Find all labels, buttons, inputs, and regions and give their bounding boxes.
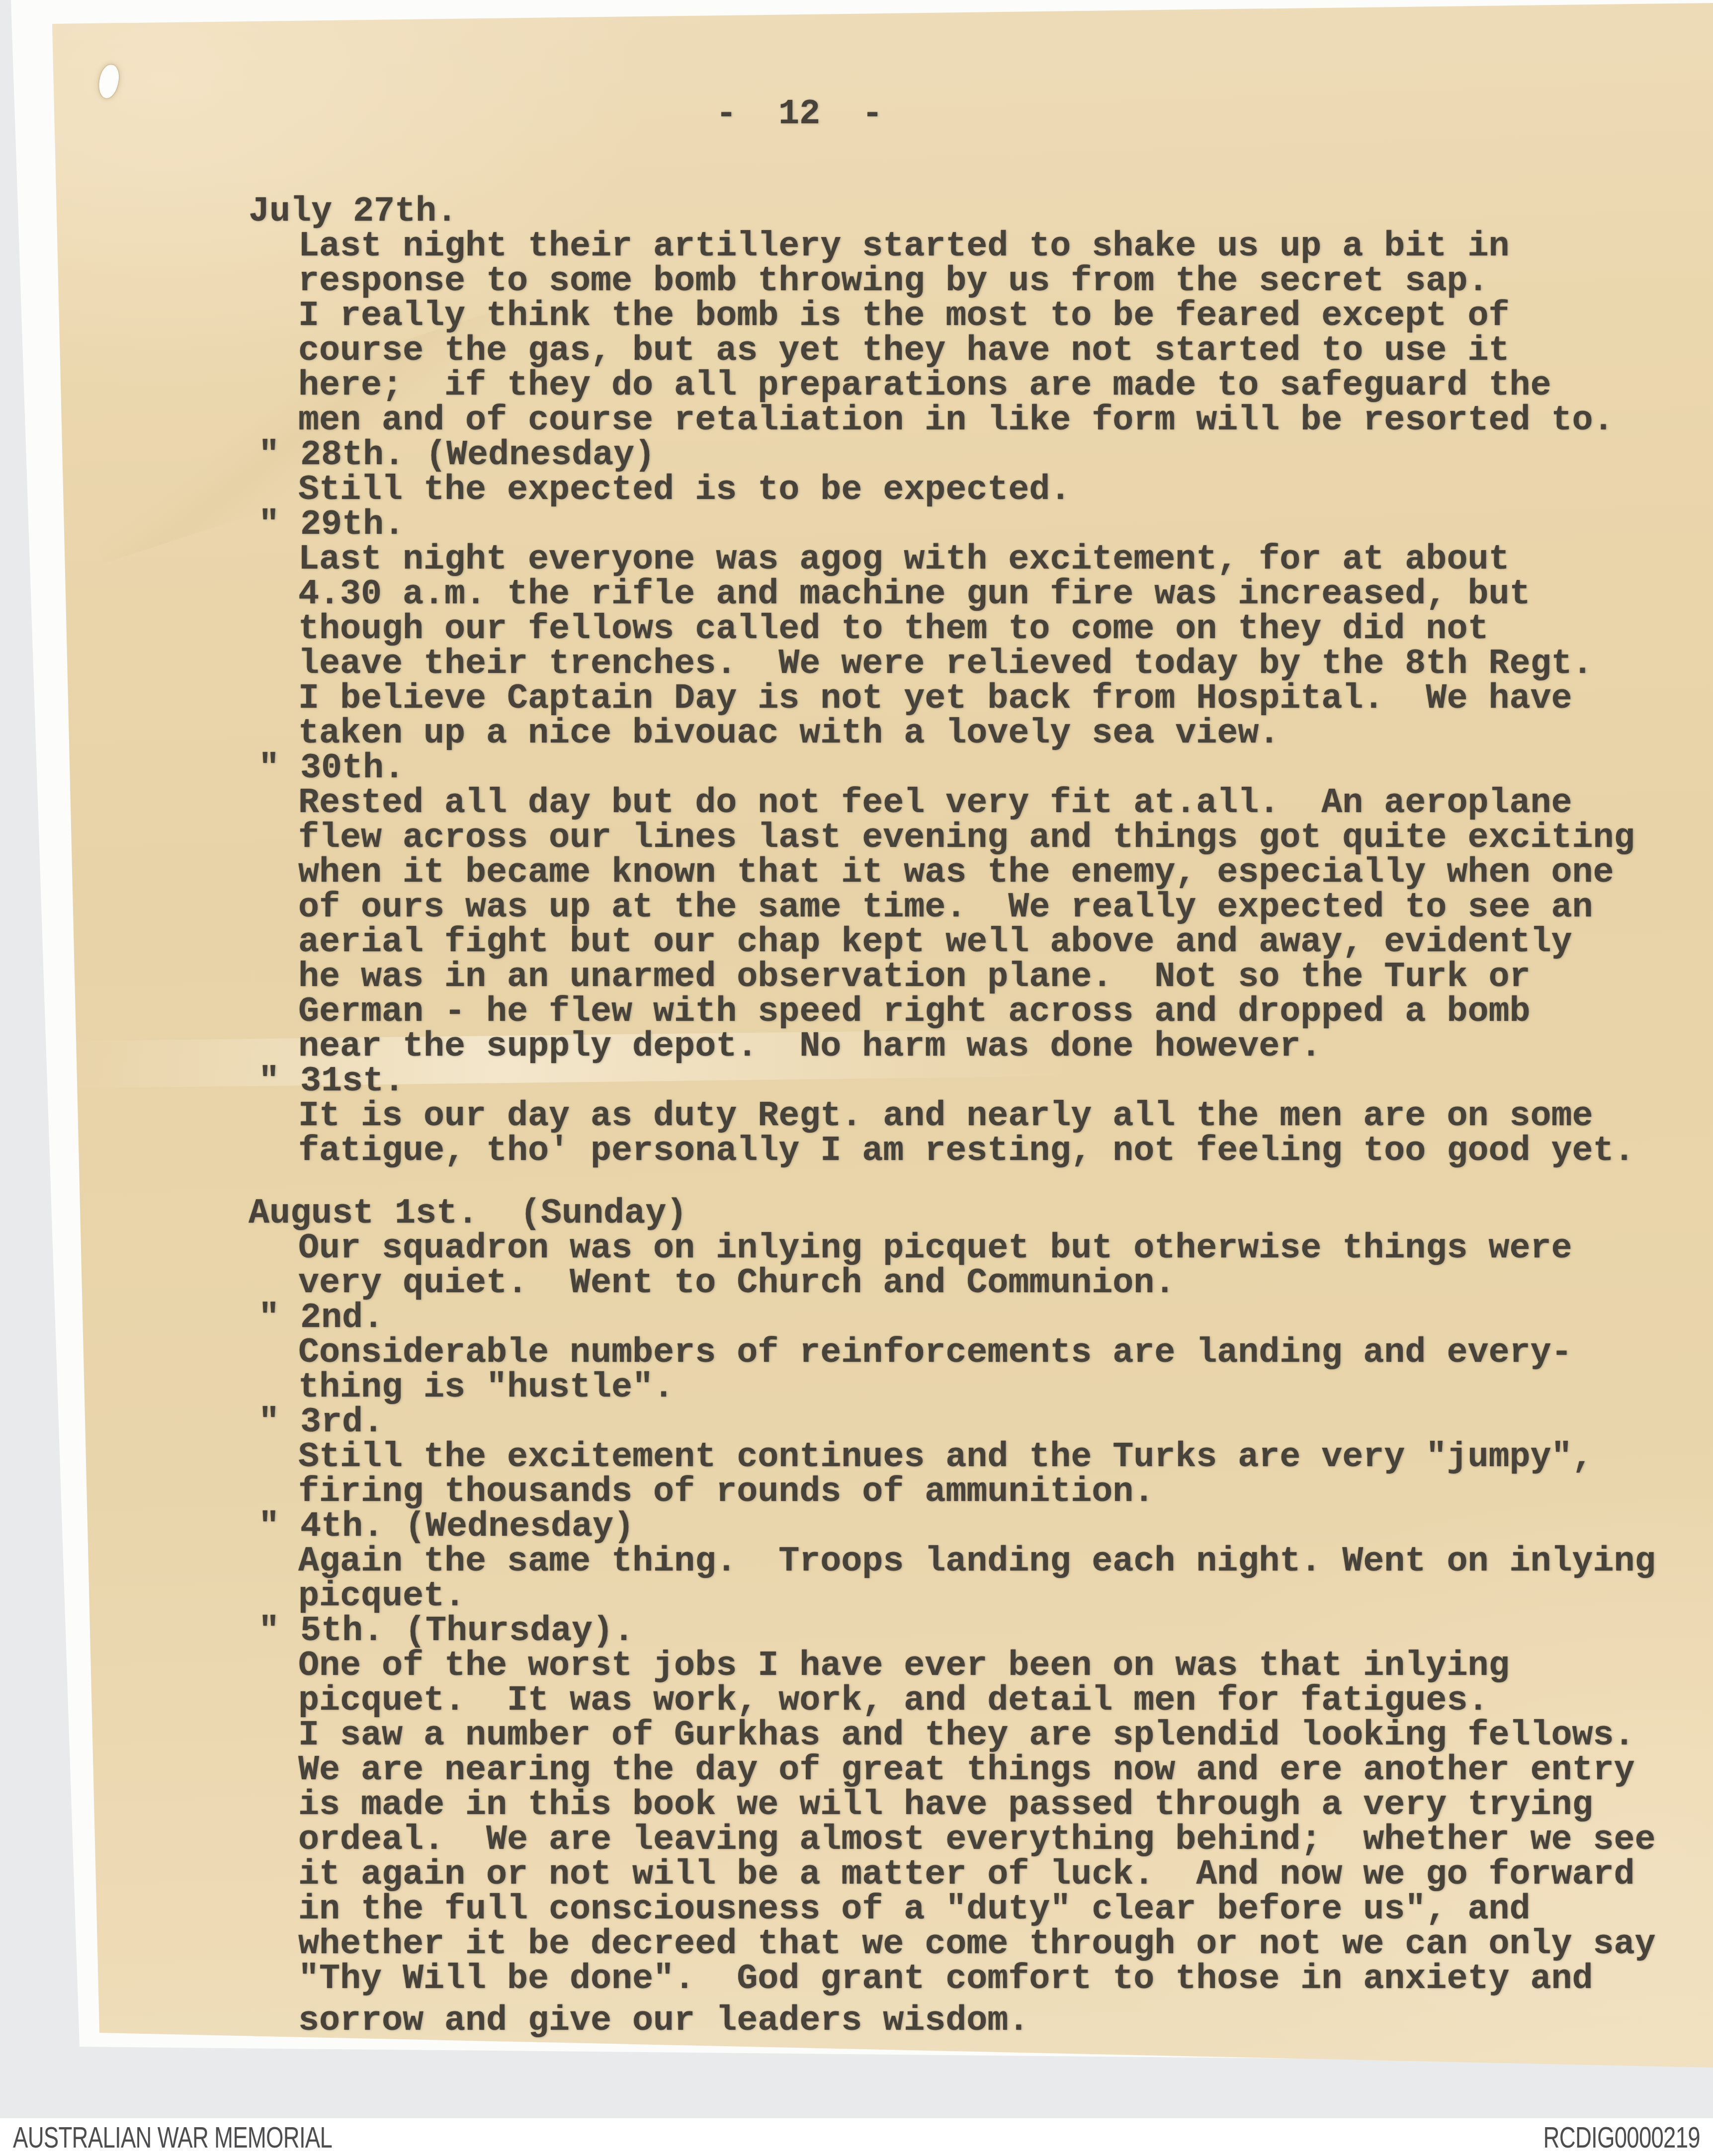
diary-line: though our fellows called to them to com… [298, 612, 1713, 647]
diary-line: leave their trenches. We were relieved t… [298, 647, 1713, 682]
paragraph-gap [30, 1169, 1713, 1197]
scanned-document: - 12 - July 27th.Last night their artill… [0, 0, 1713, 2156]
diary-line: of ours was up at the same time. We real… [298, 891, 1713, 925]
diary-line: We are nearing the day of great things n… [298, 1753, 1713, 1788]
page-number: - 12 - [716, 97, 883, 132]
diary-line: it again or not will be a matter of luck… [298, 1858, 1713, 1893]
diary-line: " 31st. [258, 1065, 1713, 1099]
diary-line: Rested all day but do not feel very fit … [298, 786, 1713, 821]
diary-line: is made in this book we will have passed… [298, 1788, 1713, 1823]
diary-line: whether it be decreed that we come throu… [298, 1927, 1713, 1962]
diary-line: One of the worst jobs I have ever been o… [298, 1649, 1713, 1684]
diary-line: Last night their artillery started to sh… [298, 230, 1713, 264]
diary-line: men and of course retaliation in like fo… [298, 404, 1713, 438]
diary-page: - 12 - July 27th.Last night their artill… [30, 0, 1713, 2073]
footer-bar: AUSTRALIAN WAR MEMORIAL RCDIG0000219 [0, 2118, 1713, 2156]
diary-line: " 29th. [258, 508, 1713, 543]
diary-line: in the full consciousness of a "duty" cl… [298, 1893, 1713, 1927]
diary-line: Our squadron was on inlying picquet but … [298, 1232, 1713, 1266]
diary-line: firing thousands of rounds of ammunition… [298, 1475, 1713, 1510]
diary-line: fatigue, tho' personally I am resting, n… [298, 1134, 1713, 1169]
paper-hole [97, 63, 121, 99]
diary-line: "Thy Will be done". God grant comfort to… [298, 1962, 1713, 1997]
diary-line: I really think the bomb is the most to b… [298, 299, 1713, 334]
diary-line: " 28th. (Wednesday) [258, 438, 1713, 473]
diary-line: ordeal. We are leaving almost everything… [298, 1823, 1713, 1858]
diary-line: aerial fight but our chap kept well abov… [298, 925, 1713, 960]
footer-record-id: RCDIG0000219 [1543, 2120, 1700, 2155]
diary-line: " 30th. [258, 751, 1713, 786]
diary-line: flew across our lines last evening and t… [298, 821, 1713, 856]
diary-line: course the gas, but as yet they have not… [298, 334, 1713, 369]
diary-line: response to some bomb throwing by us fro… [298, 264, 1713, 299]
diary-line: thing is "hustle". [298, 1371, 1713, 1406]
diary-line: taken up a nice bivouac with a lovely se… [298, 717, 1713, 751]
diary-line: very quiet. Went to Church and Communion… [298, 1266, 1713, 1301]
diary-line: Still the expected is to be expected. [298, 473, 1713, 508]
diary-line: July 27th. [249, 195, 1713, 230]
diary-line: " 4th. (Wednesday) [258, 1510, 1713, 1545]
diary-line: Considerable numbers of reinforcements a… [298, 1336, 1713, 1371]
diary-line: " 5th. (Thursday). [258, 1614, 1713, 1649]
diary-line: I saw a number of Gurkhas and they are s… [298, 1719, 1713, 1753]
diary-line: picquet. It was work, work, and detail m… [298, 1684, 1713, 1719]
diary-line: 4.30 a.m. the rifle and machine gun fire… [298, 578, 1713, 612]
footer-institution-label: AUSTRALIAN WAR MEMORIAL [13, 2120, 332, 2155]
diary-line: " 3rd. [258, 1406, 1713, 1440]
diary-line: August 1st. (Sunday) [249, 1197, 1713, 1232]
diary-line: here; if they do all preparations are ma… [298, 369, 1713, 404]
diary-line: " 2nd. [258, 1301, 1713, 1336]
diary-line: Still the excitement continues and the T… [298, 1440, 1713, 1475]
diary-line: sorrow and give our leaders wisdom. [298, 2004, 1713, 2039]
diary-line: picquet. [298, 1579, 1713, 1614]
diary-line: near the supply depot. No harm was done … [298, 1030, 1713, 1065]
diary-line: German - he flew with speed right across… [298, 995, 1713, 1030]
diary-line: he was in an unarmed observation plane. … [298, 960, 1713, 995]
diary-line: Last night everyone was agog with excite… [298, 543, 1713, 578]
diary-line: Again the same thing. Troops landing eac… [298, 1545, 1713, 1579]
diary-line: It is our day as duty Regt. and nearly a… [298, 1099, 1713, 1134]
diary-line: when it became known that it was the ene… [298, 856, 1713, 891]
diary-line: I believe Captain Day is not yet back fr… [298, 682, 1713, 717]
diary-text: July 27th.Last night their artillery sta… [30, 195, 1713, 2039]
